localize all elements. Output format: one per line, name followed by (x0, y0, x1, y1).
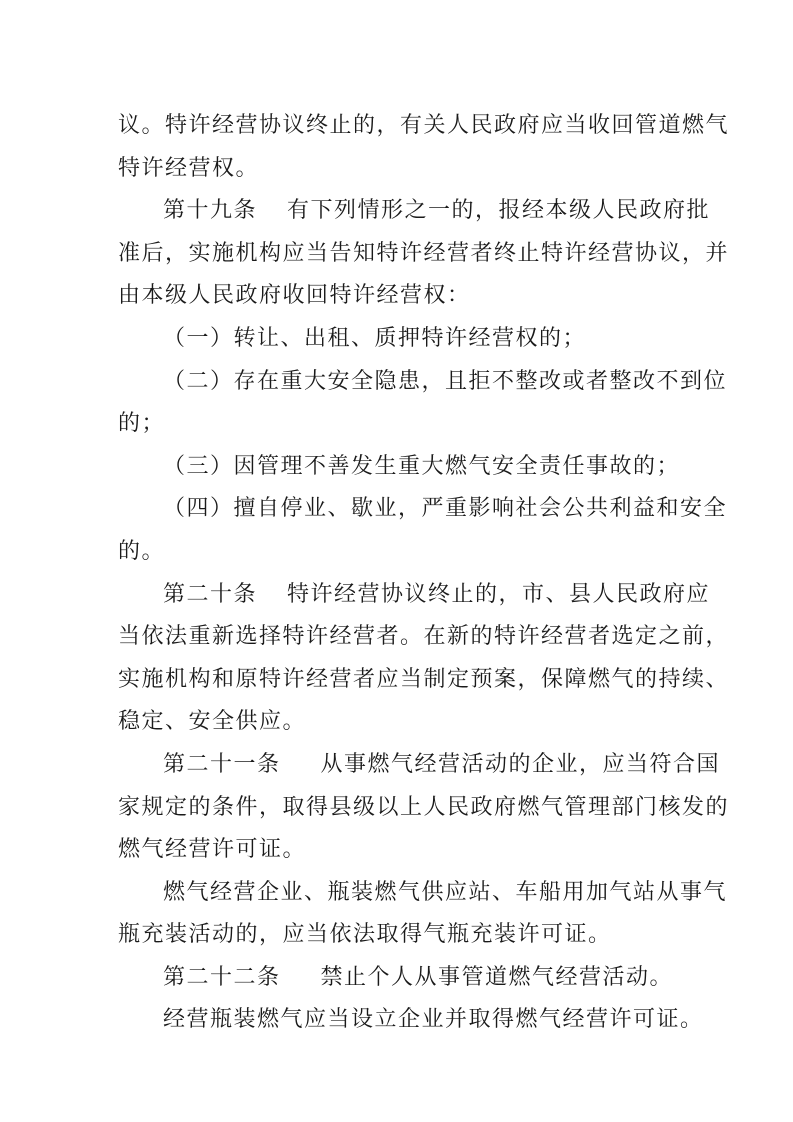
text-segment: 从事燃气经营活动的企业，应当符合国 (321, 752, 721, 777)
document-body: 议。特许经营协议终止的，有关人民政府应当收回管道燃气 特许经营权。 第十九条有下… (118, 105, 678, 1042)
document-page: 议。特许经营协议终止的，有关人民政府应当收回管道燃气 特许经营权。 第十九条有下… (0, 0, 793, 1122)
article-heading: 第二十二条 (163, 965, 281, 990)
list-item: （三）因管理不善发生重大燃气安全责任事故的； (118, 446, 678, 489)
article-19-first-line: 第十九条有下列情形之一的，报经本级人民政府批 (118, 190, 678, 233)
text-line: 议。特许经营协议终止的，有关人民政府应当收回管道燃气 (118, 105, 678, 148)
text-line: 瓶充装活动的，应当依法取得气瓶充装许可证。 (118, 914, 678, 957)
list-item: （一）转让、出租、质押特许经营权的； (118, 318, 678, 361)
article-22-first-line: 第二十二条禁止个人从事管道燃气经营活动。 (118, 957, 678, 1000)
text-line: 经营瓶装燃气应当设立企业并取得燃气经营许可证。 (118, 999, 678, 1042)
text-line: 由本级人民政府收回特许经营权： (118, 275, 678, 318)
article-20-first-line: 第二十条特许经营协议终止的，市、县人民政府应 (118, 574, 678, 617)
text-line: 家规定的条件，取得县级以上人民政府燃气管理部门核发的 (118, 787, 678, 830)
article-heading: 第二十一条 (163, 752, 281, 777)
text-segment: 禁止个人从事管道燃气经营活动。 (321, 965, 674, 990)
text-line: 稳定、安全供应。 (118, 701, 678, 744)
list-item: （四）擅自停业、歇业，严重影响社会公共利益和安全 (118, 488, 678, 531)
article-heading: 第二十条 (163, 582, 257, 607)
text-segment: 特许经营协议终止的，市、县人民政府应 (287, 582, 710, 607)
text-segment: 有下列情形之一的，报经本级人民政府批 (287, 198, 710, 223)
text-line: 燃气经营许可证。 (118, 829, 678, 872)
text-line: 当依法重新选择特许经营者。在新的特许经营者选定之前， (118, 616, 678, 659)
text-line: 准后，实施机构应当告知特许经营者终止特许经营协议，并 (118, 233, 678, 276)
text-line: 实施机构和原特许经营者应当制定预案，保障燃气的持续、 (118, 659, 678, 702)
text-line: 特许经营权。 (118, 148, 678, 191)
list-item-continuation: 的。 (118, 531, 678, 574)
text-line: 燃气经营企业、瓶装燃气供应站、车船用加气站从事气 (118, 872, 678, 915)
list-item-continuation: 的； (118, 403, 678, 446)
article-21-first-line: 第二十一条从事燃气经营活动的企业，应当符合国 (118, 744, 678, 787)
list-item: （二）存在重大安全隐患，且拒不整改或者整改不到位 (118, 361, 678, 404)
article-heading: 第十九条 (163, 198, 257, 223)
